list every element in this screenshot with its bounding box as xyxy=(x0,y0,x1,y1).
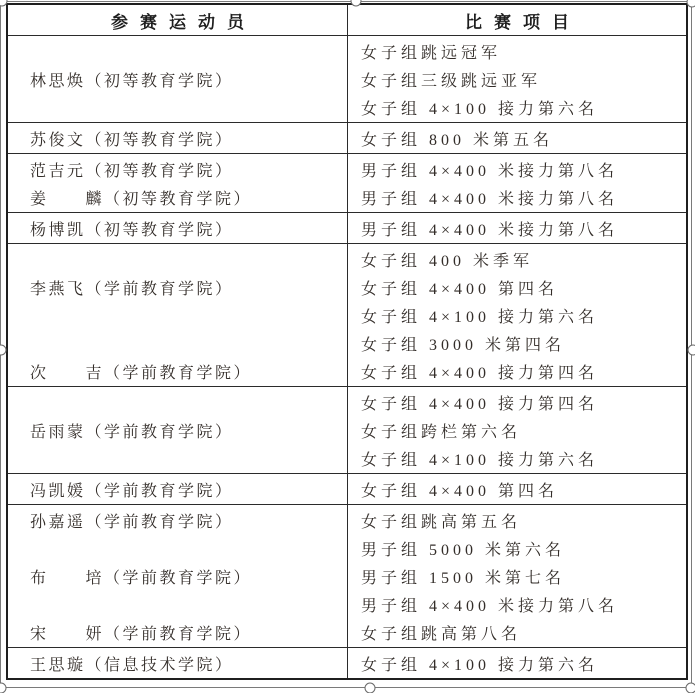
event-item: 男子组 1500 米第七名 xyxy=(348,562,686,590)
document-canvas: 参赛运动员 比赛项目 林思焕（初等教育学院）女子组跳远冠军女子组三级跳远亚军女子… xyxy=(0,0,695,693)
event-item: 女子组 4×100 接力第六名 xyxy=(348,444,686,472)
athlete-cell: 杨博凯（初等教育学院） xyxy=(8,213,348,243)
athlete-name: 冯凯媛（学前教育学院） xyxy=(8,475,347,503)
event-item: 女子组 4×400 接力第四名 xyxy=(348,357,686,385)
event-item: 男子组 5000 米第六名 xyxy=(348,534,686,562)
athlete-name: 岳雨蒙（学前教育学院） xyxy=(8,416,347,444)
resize-handle-bottom-left[interactable] xyxy=(0,683,7,693)
table-body: 林思焕（初等教育学院）女子组跳远冠军女子组三级跳远亚军女子组 4×100 接力第… xyxy=(8,35,686,678)
event-item: 女子组跳远冠军 xyxy=(348,37,686,65)
table-row: 王思璇（信息技术学院）女子组 4×100 接力第六名 xyxy=(8,647,686,678)
athlete-name: 孙嘉遥（学前教育学院） xyxy=(8,506,347,534)
athlete-cell: 李燕飞（学前教育学院）次 吉（学前教育学院） xyxy=(8,244,348,386)
events-cell: 女子组跳高第五名男子组 5000 米第六名男子组 1500 米第七名男子组 4×… xyxy=(348,505,686,647)
athlete-cell: 林思焕（初等教育学院） xyxy=(8,36,348,122)
event-item: 女子组 400 米季军 xyxy=(348,245,686,273)
table-row: 林思焕（初等教育学院）女子组跳远冠军女子组三级跳远亚军女子组 4×100 接力第… xyxy=(8,35,686,122)
event-item: 男子组 4×400 米接力第八名 xyxy=(348,155,686,183)
table-row: 李燕飞（学前教育学院）次 吉（学前教育学院）女子组 400 米季军女子组 4×4… xyxy=(8,243,686,386)
table-row: 杨博凯（初等教育学院）男子组 4×400 米接力第八名 xyxy=(8,212,686,243)
events-cell: 男子组 4×400 米接力第八名男子组 4×400 米接力第八名 xyxy=(348,154,686,212)
athlete-name: 次 吉（学前教育学院） xyxy=(8,357,347,385)
event-item: 女子组 4×400 第四名 xyxy=(348,475,686,503)
athlete-cell: 岳雨蒙（学前教育学院） xyxy=(8,387,348,473)
event-item: 女子组跨栏第六名 xyxy=(348,416,686,444)
resize-handle-bottom-right[interactable] xyxy=(686,683,695,693)
event-item: 女子组 4×100 接力第六名 xyxy=(348,649,686,677)
event-item: 女子组 4×400 第四名 xyxy=(348,273,686,301)
column-header-athletes: 参赛运动员 xyxy=(8,5,348,35)
event-item: 男子组 4×400 米接力第八名 xyxy=(348,214,686,242)
table-row: 冯凯媛（学前教育学院）女子组 4×400 第四名 xyxy=(8,473,686,504)
athlete-name: 王思璇（信息技术学院） xyxy=(8,649,347,677)
table-row: 岳雨蒙（学前教育学院）女子组 4×400 接力第四名女子组跨栏第六名女子组 4×… xyxy=(8,386,686,473)
athlete-name: 杨博凯（初等教育学院） xyxy=(8,214,347,242)
event-item: 女子组三级跳远亚军 xyxy=(348,65,686,93)
athlete-cell: 冯凯媛（学前教育学院） xyxy=(8,474,348,504)
event-item: 女子组 800 米第五名 xyxy=(348,124,686,152)
athlete-name: 姜 麟（初等教育学院） xyxy=(8,183,347,211)
events-cell: 女子组 400 米季军女子组 4×400 第四名女子组 4×100 接力第六名女… xyxy=(348,244,686,386)
event-item: 女子组 3000 米第四名 xyxy=(348,329,686,357)
column-header-events: 比赛项目 xyxy=(348,5,686,35)
events-cell: 女子组跳远冠军女子组三级跳远亚军女子组 4×100 接力第六名 xyxy=(348,36,686,122)
table-row: 苏俊文（初等教育学院）女子组 800 米第五名 xyxy=(8,122,686,153)
resize-handle-bottom-center[interactable] xyxy=(365,683,376,693)
table-row: 范吉元（初等教育学院）姜 麟（初等教育学院）男子组 4×400 米接力第八名男子… xyxy=(8,153,686,212)
resize-handle-middle-right[interactable] xyxy=(688,345,695,356)
athlete-cell: 孙嘉遥（学前教育学院）布 培（学前教育学院）宋 妍（学前教育学院） xyxy=(8,505,348,647)
events-cell: 女子组 800 米第五名 xyxy=(348,123,686,153)
events-cell: 女子组 4×400 第四名 xyxy=(348,474,686,504)
event-item: 女子组 4×100 接力第六名 xyxy=(348,93,686,121)
event-item: 男子组 4×400 米接力第八名 xyxy=(348,183,686,211)
event-item: 女子组跳高第八名 xyxy=(348,618,686,646)
athlete-cell: 苏俊文（初等教育学院） xyxy=(8,123,348,153)
athlete-cell: 王思璇（信息技术学院） xyxy=(8,648,348,678)
events-cell: 女子组 4×100 接力第六名 xyxy=(348,648,686,678)
athlete-name: 宋 妍（学前教育学院） xyxy=(8,618,347,646)
event-item: 男子组 4×400 米接力第八名 xyxy=(348,590,686,618)
athlete-name: 布 培（学前教育学院） xyxy=(8,562,347,590)
event-item: 女子组 4×400 接力第四名 xyxy=(348,388,686,416)
athlete-name: 苏俊文（初等教育学院） xyxy=(8,124,347,152)
table-header-row: 参赛运动员 比赛项目 xyxy=(8,5,686,35)
athlete-cell: 范吉元（初等教育学院）姜 麟（初等教育学院） xyxy=(8,154,348,212)
events-cell: 男子组 4×400 米接力第八名 xyxy=(348,213,686,243)
results-table: 参赛运动员 比赛项目 林思焕（初等教育学院）女子组跳远冠军女子组三级跳远亚军女子… xyxy=(6,3,688,680)
events-cell: 女子组 4×400 接力第四名女子组跨栏第六名女子组 4×100 接力第六名 xyxy=(348,387,686,473)
athlete-name: 李燕飞（学前教育学院） xyxy=(8,273,347,301)
resize-handle-top-right[interactable] xyxy=(687,0,695,8)
event-item: 女子组 4×100 接力第六名 xyxy=(348,301,686,329)
athlete-name: 林思焕（初等教育学院） xyxy=(8,65,347,93)
table-row: 孙嘉遥（学前教育学院）布 培（学前教育学院）宋 妍（学前教育学院）女子组跳高第五… xyxy=(8,504,686,647)
event-item: 女子组跳高第五名 xyxy=(348,506,686,534)
athlete-name: 范吉元（初等教育学院） xyxy=(8,155,347,183)
